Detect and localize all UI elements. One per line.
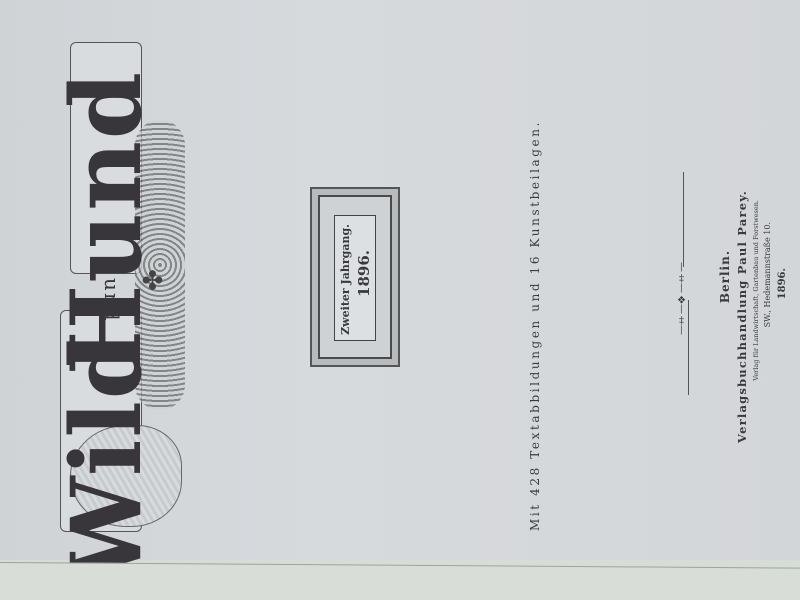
subtitle: Mit 428 Textabbildungen und 16 Kunstbeil… [528, 120, 542, 531]
edition-label: Zweiter Jahrgang. [339, 224, 352, 335]
title-word-und: und [100, 278, 124, 323]
imprint-publisher-note: Verlag für Landwirtschaft, Gartenbau und… [752, 200, 760, 381]
title-page: ✤ Hund und Wild Zweiter Jahrgang. 1896. … [0, 0, 800, 560]
divider-ornament: —‡—❖—‡— [676, 262, 687, 335]
imprint-publisher: Verlagsbuchhandlung Paul Parey. [735, 190, 749, 443]
divider-rule-top [683, 172, 684, 267]
cartouche-panel: Zweiter Jahrgang. 1896. [334, 215, 376, 341]
title-illustration: ✤ Hund und Wild [30, 30, 220, 540]
title-word-wild: Wild [50, 330, 163, 584]
page-bottom-edge [0, 562, 800, 600]
imprint-city: Berlin. [718, 250, 732, 303]
edition-cartouche: Zweiter Jahrgang. 1896. [318, 195, 392, 359]
imprint-address: SW., Hedemannstraße 10. [763, 222, 772, 327]
imprint-year: 1896. [777, 268, 788, 299]
divider-rule-bottom [688, 300, 689, 395]
edition-year: 1896. [355, 250, 373, 297]
